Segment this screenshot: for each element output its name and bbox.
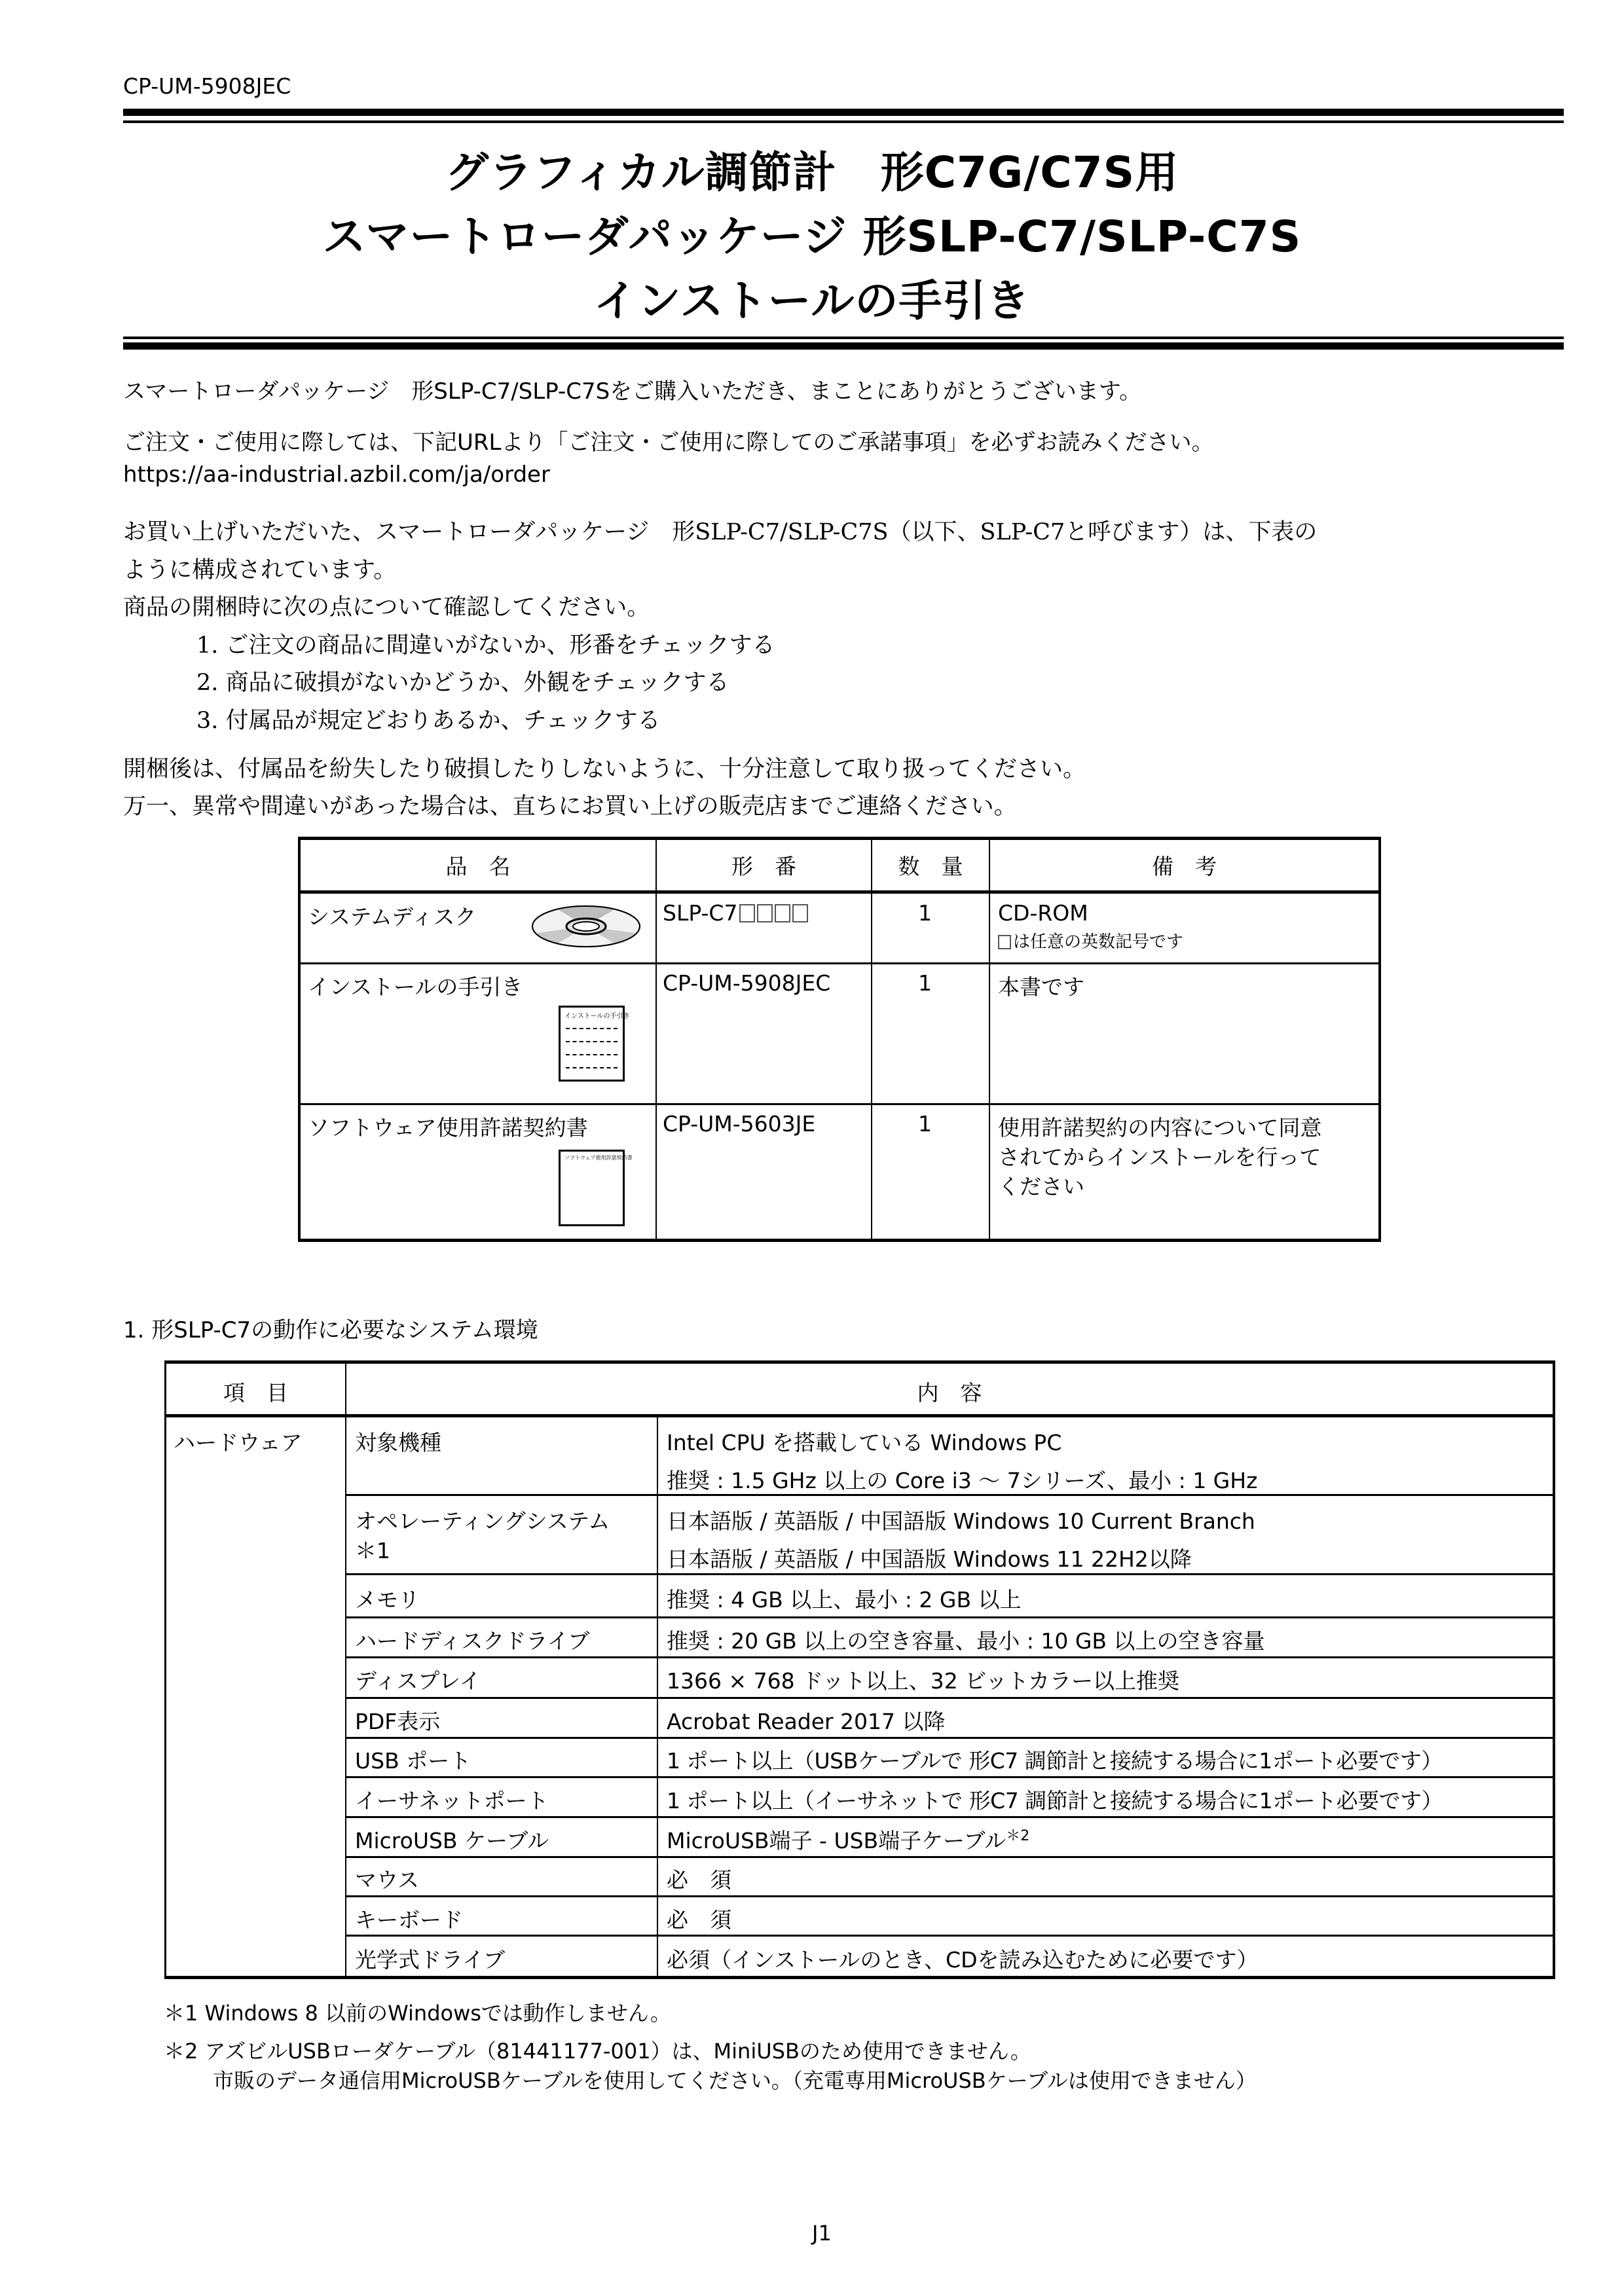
table-border <box>346 1573 1555 1575</box>
footnote-ref: ＊2 <box>1006 1828 1029 1844</box>
requirement-content: 必 須 <box>667 1863 731 1894</box>
title-rule-bottom-thick <box>123 342 1564 350</box>
requirement-content: 必 須 <box>667 1903 731 1934</box>
requirement-item: 光学式ドライブ <box>355 1943 505 1974</box>
table-border <box>164 1414 1555 1417</box>
contact-note: 万一、異常や間違いがあった場合は、直ちにお買い上げの販売店までご連絡ください。 <box>123 788 1017 821</box>
table-border <box>1378 837 1381 1242</box>
manual-icon: インストールの手引き <box>559 1006 625 1082</box>
requirement-content: 推奨 : 1.5 GHz 以上の Core i3 〜 7シリーズ、最小 : 1 … <box>667 1464 1257 1495</box>
item-note-sub: は任意の英数記号です <box>998 928 1183 953</box>
item-qty: 1 <box>918 1111 932 1137</box>
license-icon: ソフトウェア使用許諾契約書 <box>559 1150 625 1226</box>
title-line-3: インストールの手引き <box>0 266 1624 328</box>
table-border <box>871 837 872 1242</box>
placeholder-box <box>998 935 1011 949</box>
column-header-item: 項 目 <box>166 1376 345 1407</box>
requirement-content: 推奨 : 4 GB 以上、最小 : 2 GB 以上 <box>667 1583 1022 1614</box>
placeholder-box <box>757 904 773 922</box>
item-model: SLP-C7 <box>663 900 808 926</box>
requirement-content: 1 ポート以上（USBケーブルで 形C7 調節計と接続する場合に1ポート必要です… <box>667 1744 1443 1775</box>
table-border <box>1553 1360 1555 1979</box>
requirement-item-note: ＊1 <box>355 1534 390 1565</box>
table-border <box>346 1856 1555 1858</box>
column-header-model: 形 番 <box>657 850 871 881</box>
table-border <box>657 1416 658 1979</box>
table-border <box>298 837 1381 840</box>
table-border <box>346 1816 1555 1818</box>
cd-icon <box>530 903 642 949</box>
table-border <box>164 1360 1555 1364</box>
table-border <box>345 1360 346 1979</box>
intro-paragraph-line-1: お買い上げいただいた、スマートローダパッケージ 形SLP-C7/SLP-C7S（… <box>123 514 1317 547</box>
title-rule-top-thick <box>123 109 1564 116</box>
table-border <box>298 1103 1381 1105</box>
title-rule-bottom-thin <box>123 337 1564 339</box>
category-hardware: ハードウェア <box>174 1426 303 1457</box>
requirement-content: 1366 × 768 ドット以上、32 ビットカラー以上推奨 <box>667 1664 1179 1695</box>
requirement-content: MicroUSB端子 - USB端子ケーブル＊2 <box>667 1824 1029 1855</box>
table-border <box>298 962 1381 964</box>
requirement-item: イーサネットポート <box>355 1784 549 1815</box>
model-prefix: SLP-C7 <box>663 900 737 926</box>
placeholder-legend: は任意の英数記号です <box>1013 932 1183 952</box>
table-border <box>346 1697 1555 1699</box>
requirement-item: PDF表示 <box>355 1705 440 1736</box>
requirement-item: オペレーティングシステム <box>355 1504 610 1535</box>
item-note: 本書です <box>998 970 1084 1001</box>
requirement-item: メモリ <box>355 1583 420 1614</box>
order-notice-text: ご注文・ご使用に際しては、下記URLより「ご注文・ご使用に際してのご承諾事項」を… <box>123 424 1213 456</box>
item-name: ソフトウェア使用許諾契約書 <box>308 1111 588 1142</box>
placeholder-box <box>775 904 790 922</box>
column-header-name: 品 名 <box>301 850 655 881</box>
unpack-check-intro: 商品の開梱時に次の点について確認してください。 <box>123 589 650 622</box>
requirement-content: 必須（インストールのとき、CDを読み込むために必要です） <box>667 1943 1258 1974</box>
requirement-item: キーボード <box>355 1903 463 1934</box>
order-url-link[interactable]: https://aa-industrial.azbil.com/ja/order <box>123 462 550 488</box>
document-code: CP-UM-5908JEC <box>123 73 291 99</box>
item-note-line: 使用許諾契約の内容について同意 <box>998 1111 1321 1142</box>
handling-note: 開梱後は、付属品を紛失したり破損したりしないように、十分注意して取り扱ってくださ… <box>123 751 1086 784</box>
requirement-content: 日本語版 / 英語版 / 中国語版 Windows 10 Current Bra… <box>667 1504 1255 1535</box>
check-item-3: 3. 付属品が規定どおりあるか、チェックする <box>196 702 660 735</box>
manual-icon-title: インストールの手引き <box>561 1008 623 1023</box>
placeholder-box <box>792 904 808 922</box>
footnote-2-continued: 市販のデータ通信用MicroUSBケーブルを使用してください。（充電専用Micr… <box>213 2064 1257 2094</box>
title-rule-top-thin <box>123 120 1564 123</box>
requirement-item: 対象機種 <box>355 1426 441 1457</box>
placeholder-box <box>739 904 755 922</box>
requirement-content: 1 ポート以上（イーサネットで 形C7 調節計と接続する場合に1ポート必要です） <box>667 1784 1443 1815</box>
item-note-line: されてからインストールを行って <box>998 1140 1321 1171</box>
item-note: CD-ROM <box>998 900 1088 926</box>
table-border <box>164 1976 1555 1979</box>
license-icon-title: ソフトウェア使用許諾契約書 <box>561 1152 623 1164</box>
intro-paragraph-line-2: ように構成されています。 <box>123 552 396 585</box>
item-note-line: ください <box>998 1170 1084 1201</box>
title-line-2: スマートローダパッケージ 形SLP-C7/SLP-C7S <box>0 202 1624 264</box>
requirement-item: MicroUSB ケーブル <box>355 1824 549 1855</box>
table-border <box>164 1360 166 1979</box>
requirement-content: Acrobat Reader 2017 以降 <box>667 1705 946 1736</box>
item-qty: 1 <box>918 970 932 996</box>
table-border <box>346 1616 1555 1618</box>
table-border <box>346 1895 1555 1897</box>
thanks-text: スマートローダパッケージ 形SLP-C7/SLP-C7Sをご購入いただき、まこと… <box>123 373 1141 405</box>
table-border <box>298 890 1381 894</box>
table-border <box>346 1776 1555 1778</box>
requirement-item: USB ポート <box>355 1744 471 1775</box>
table-border <box>346 1656 1555 1658</box>
item-name: インストールの手引き <box>308 970 523 1001</box>
table-border <box>298 1239 1381 1242</box>
requirement-content-text: MicroUSB端子 - USB端子ケーブル <box>667 1828 1006 1853</box>
section-heading: 1. 形SLP-C7の動作に必要なシステム環境 <box>123 1312 538 1344</box>
item-model: CP-UM-5603JE <box>663 1111 815 1137</box>
item-model: CP-UM-5908JEC <box>663 970 830 996</box>
table-border <box>655 837 657 1242</box>
requirement-content: Intel CPU を搭載している Windows PC <box>667 1426 1061 1457</box>
requirement-item: ハードディスクドライブ <box>355 1624 589 1655</box>
item-name: システムディスク <box>308 900 476 931</box>
requirement-content: 推奨 : 20 GB 以上の空き容量、最小 : 10 GB 以上の空き容量 <box>667 1624 1265 1655</box>
column-header-qty: 数 量 <box>872 850 989 881</box>
title-line-1: グラフィカル調節計 形C7G/C7S用 <box>0 137 1624 200</box>
check-item-2: 2. 商品に破損がないかどうか、外観をチェックする <box>196 665 729 697</box>
requirement-item: ディスプレイ <box>355 1664 481 1695</box>
requirement-content: 日本語版 / 英語版 / 中国語版 Windows 11 22H2以降 <box>667 1542 1192 1573</box>
page-number: J1 <box>812 2221 832 2246</box>
table-border <box>298 837 301 1242</box>
table-border <box>346 1935 1555 1937</box>
column-header-content: 内 容 <box>346 1376 1553 1407</box>
footnote-1: ＊1 Windows 8 以前のWindowsでは動作しません。 <box>164 1997 671 2027</box>
table-border <box>346 1737 1555 1739</box>
footnote-2: ＊2 アズビルUSBローダケーブル（81441177-001）は、MiniUSB… <box>164 2035 1031 2065</box>
check-item-1: 1. ご注文の商品に間違いがないか、形番をチェックする <box>196 627 775 660</box>
requirement-item: マウス <box>355 1863 419 1894</box>
table-border <box>989 837 990 1242</box>
column-header-note: 備 考 <box>990 850 1378 881</box>
item-qty: 1 <box>918 900 932 926</box>
